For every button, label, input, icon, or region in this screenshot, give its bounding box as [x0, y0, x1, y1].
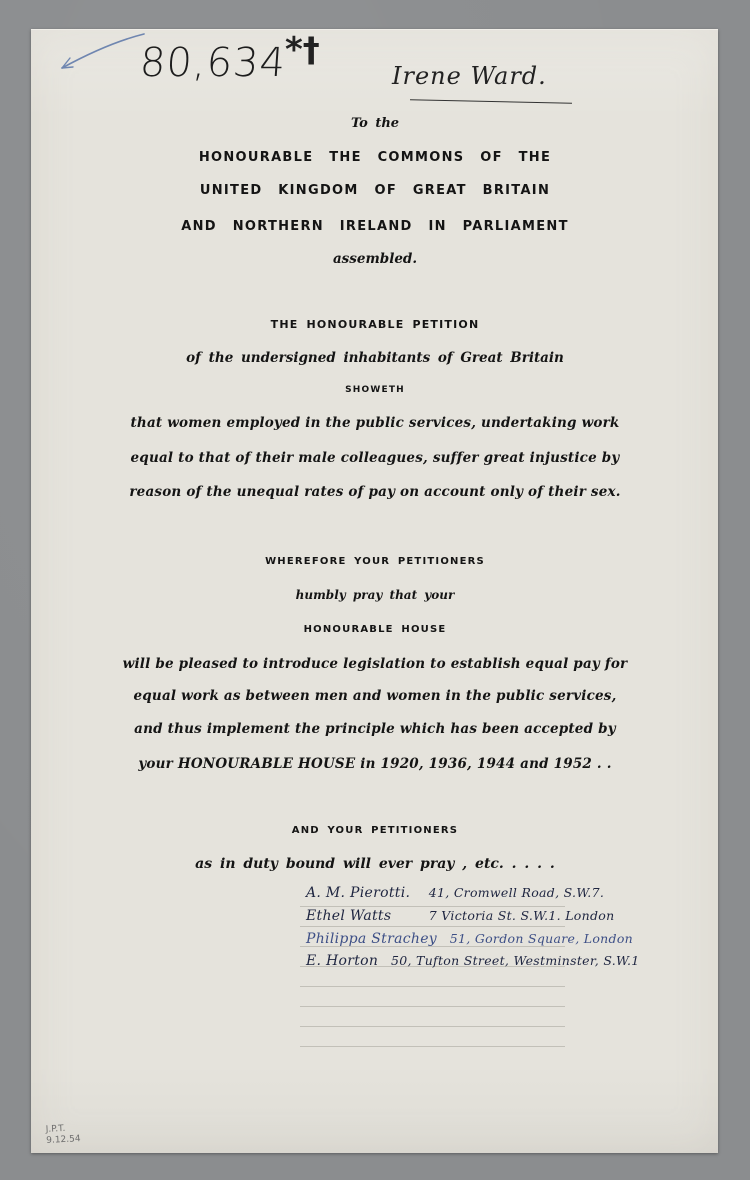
signature-rule	[300, 1046, 565, 1047]
grievance-line-1: that women employed in the public servic…	[0, 415, 750, 431]
signature-rule	[300, 926, 565, 927]
signature-rule	[300, 906, 565, 907]
closing-line: as in duty bound will ever pray , etc. .…	[0, 856, 750, 872]
signatory-address: 50, Tufton Street, Westminster, S.W.1	[391, 953, 640, 968]
address-line-1: HONOURABLE THE COMMONS OF THE	[0, 150, 750, 165]
reference-number: 80,634	[138, 40, 287, 86]
prayer-body-1: will be pleased to introduce legislation…	[0, 656, 750, 672]
signature-rule	[300, 986, 565, 987]
signatory-name: E. Horton	[306, 953, 378, 969]
address-line-4: assembled.	[0, 251, 750, 267]
signatory-name: A. M. Pierotti.	[306, 885, 416, 901]
signature-row: E. Horton 50, Tufton Street, Westminster…	[306, 953, 640, 969]
corner-note-date: 9.12.54	[46, 1134, 81, 1147]
prayer-heading: WHEREFORE YOUR PETITIONERS	[0, 556, 750, 567]
prayer-body-4: your HONOURABLE HOUSE in 1920, 1936, 194…	[0, 756, 750, 772]
signature-row: Ethel Watts 7 Victoria St. S.W.1. London	[306, 908, 614, 924]
sponsor-signature: Irene Ward.	[392, 62, 547, 90]
closing-heading: AND YOUR PETITIONERS	[0, 825, 750, 836]
pencil-corner-note: J.P.T. 9.12.54	[45, 1123, 80, 1147]
signatory-address: 51, Gordon Square, London	[450, 931, 633, 946]
petition-subtitle: of the undersigned inhabitants of Great …	[0, 350, 750, 366]
prayer-line-2: HONOURABLE HOUSE	[0, 624, 750, 635]
grievance-line-3: reason of the unequal rates of pay on ac…	[0, 484, 750, 500]
signatory-address: 41, Cromwell Road, S.W.7.	[429, 885, 604, 900]
petition-title: THE HONOURABLE PETITION	[0, 318, 750, 331]
prayer-body-3: and thus implement the principle which h…	[0, 721, 750, 737]
address-line-2: UNITED KINGDOM OF GREAT BRITAIN	[0, 183, 750, 198]
signature-rule	[300, 1006, 565, 1007]
signature-rule	[300, 1026, 565, 1027]
signatory-name: Ethel Watts	[306, 908, 416, 924]
reference-marks: *†	[285, 30, 320, 70]
address-to: To the	[0, 116, 750, 131]
address-line-3: AND NORTHERN IRELAND IN PARLIAMENT	[0, 219, 750, 234]
arrow-mark-icon	[50, 28, 150, 73]
signatory-address: 7 Victoria St. S.W.1. London	[429, 908, 615, 923]
signature-row: A. M. Pierotti. 41, Cromwell Road, S.W.7…	[306, 885, 604, 901]
signatory-name: Philippa Strachey	[306, 931, 437, 947]
prayer-body-2: equal work as between men and women in t…	[0, 688, 750, 704]
grievance-line-2: equal to that of their male colleagues, …	[0, 450, 750, 466]
showeth-label: SHOWETH	[0, 385, 750, 395]
signature-row: Philippa Strachey 51, Gordon Square, Lon…	[306, 931, 633, 947]
prayer-line-1: humbly pray that your	[0, 588, 750, 602]
